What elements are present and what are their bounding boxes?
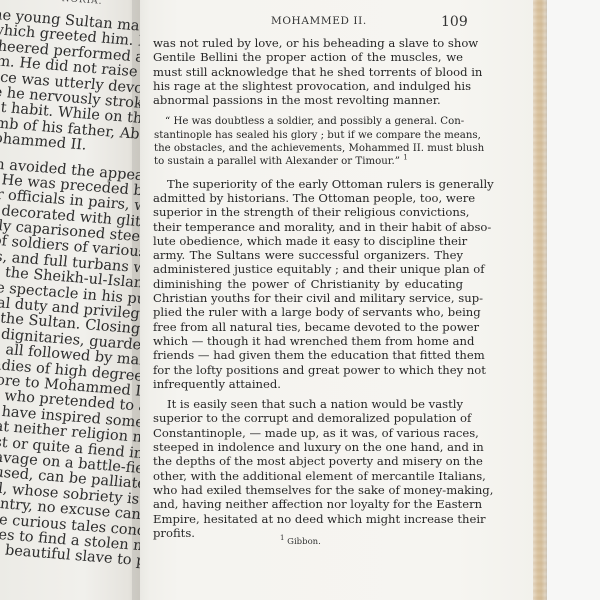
text-line: must still acknowledge that he shed torr… bbox=[153, 65, 463, 79]
book-gutter-shadow bbox=[132, 0, 150, 600]
paragraph-gap bbox=[153, 107, 463, 115]
text-line: the obstacles, and the achievements, Moh… bbox=[154, 142, 463, 155]
text-line: free from all natural ties, became devot… bbox=[153, 320, 463, 334]
text-line: stantinople has sealed his glory ; but i… bbox=[154, 129, 463, 142]
text-line: Constantinople, — made up, as it was, of… bbox=[153, 426, 463, 440]
left-page: NORIA. he young Sultan made no acknowle … bbox=[0, 0, 140, 600]
text-line: who had exiled themselves for the sake o… bbox=[153, 483, 463, 497]
text-line: their temperance and morality, and in th… bbox=[153, 220, 463, 234]
text-line: superior to the corrupt and demoralized … bbox=[153, 411, 463, 425]
open-book: NORIA. he young Sultan made no acknowle … bbox=[0, 0, 600, 600]
footnote-marker: 1 bbox=[403, 154, 407, 162]
page-fore-edge bbox=[533, 0, 547, 600]
running-head: MOHAMMED II. 109 bbox=[140, 15, 593, 27]
text-line: infrequently attained. bbox=[153, 377, 463, 391]
left-running-head: NORIA. bbox=[61, 0, 103, 7]
paragraph-gap bbox=[153, 169, 463, 177]
text-line: to sustain a parallel with Alexander or … bbox=[154, 155, 463, 168]
right-page-text: was not ruled by love, or his beheading … bbox=[153, 36, 463, 540]
right-page: MOHAMMED II. 109 was not ruled by love, … bbox=[140, 0, 535, 600]
text-line: plied the ruler with a large body of ser… bbox=[153, 305, 463, 319]
text-line: The superiority of the early Ottoman rul… bbox=[153, 177, 463, 191]
text-line: other, with the additional element of me… bbox=[153, 469, 463, 483]
footnote-number: 1 bbox=[280, 534, 284, 542]
text-line: lute obedience, which made it easy to di… bbox=[153, 234, 463, 248]
paragraph: was not ruled by love, or his beheading … bbox=[153, 36, 463, 107]
text-line: It is easily seen that such a nation wou… bbox=[153, 397, 463, 411]
running-title: MOHAMMED II. bbox=[271, 15, 367, 27]
text-line: which — though it had wrenched them from… bbox=[153, 334, 463, 348]
text-line: for the lofty positions and great power … bbox=[153, 363, 463, 377]
text-line: Gentile Bellini the proper action of the… bbox=[153, 50, 463, 64]
block-quote: “ He was doubtless a soldier, and possib… bbox=[153, 115, 463, 168]
text-line: admitted by historians. The Ottoman peop… bbox=[153, 191, 463, 205]
background-surface bbox=[547, 0, 600, 600]
text-line: friends — had given them the education t… bbox=[153, 348, 463, 362]
text-line: and, having neither affection nor loyalt… bbox=[153, 497, 463, 511]
paragraph: It is easily seen that such a nation wou… bbox=[153, 397, 463, 540]
text-line: Empire, hesitated at no deed which might… bbox=[153, 512, 463, 526]
text-line: steeped in indolence and luxury on the o… bbox=[153, 440, 463, 454]
text-line: administered justice equitably ; and the… bbox=[153, 262, 463, 276]
text-line: Christian youths for their civil and mil… bbox=[153, 291, 463, 305]
text-line: diminishing the power of Christianity by… bbox=[153, 277, 463, 291]
footnote: 1 Gibbon. bbox=[280, 537, 321, 547]
text-line: abnormal passions in the most revolting … bbox=[153, 93, 463, 107]
paragraph: The superiority of the early Ottoman rul… bbox=[153, 177, 463, 391]
page-number: 109 bbox=[441, 14, 468, 30]
text-line: “ He was doubtless a soldier, and possib… bbox=[154, 115, 463, 128]
text-line: was not ruled by love, or his beheading … bbox=[153, 36, 463, 50]
left-page-text: he young Sultan made no acknowle which g… bbox=[0, 8, 140, 569]
quote-last-line: to sustain a parallel with Alexander or … bbox=[154, 156, 400, 167]
footnote-text: Gibbon. bbox=[287, 537, 321, 547]
text-line: the depths of the most abject poverty an… bbox=[153, 454, 463, 468]
text-line: his rage at the slightest provocation, a… bbox=[153, 79, 463, 93]
text-line: army. The Sultans were successful organi… bbox=[153, 248, 463, 262]
text-line: superior in the strength of their religi… bbox=[153, 205, 463, 219]
